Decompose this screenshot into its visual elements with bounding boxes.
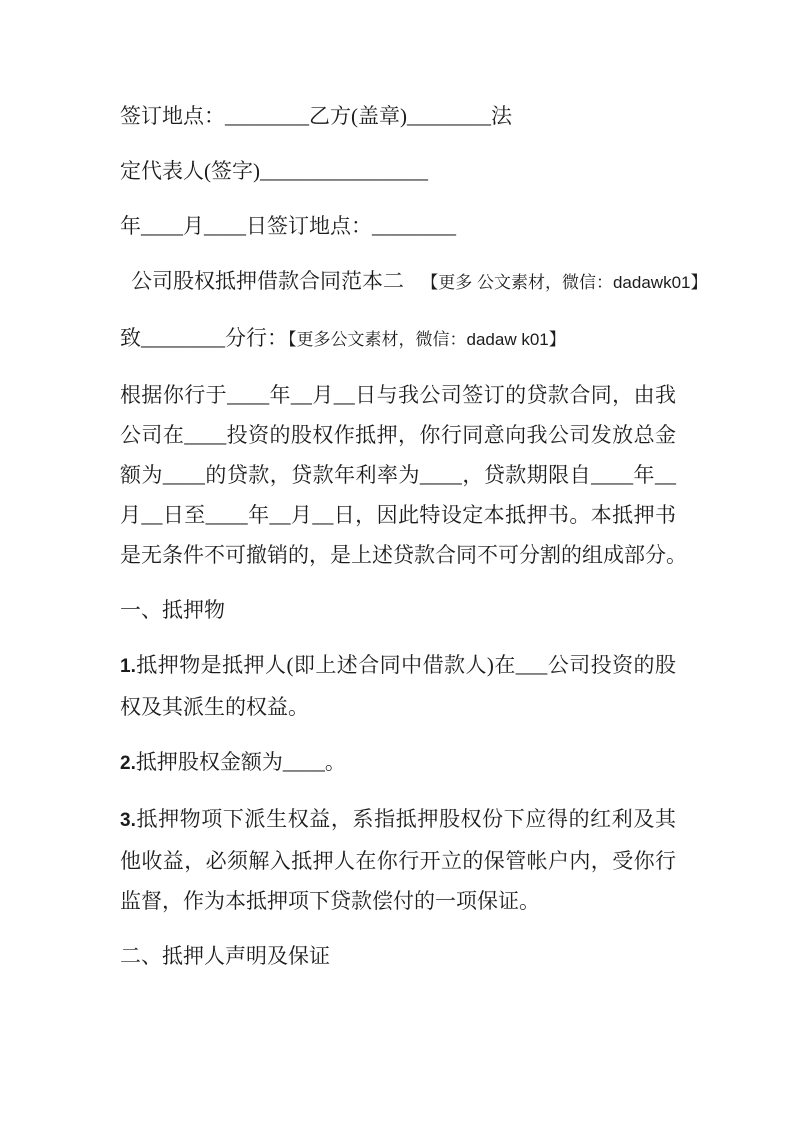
intro-line-5: 是无条件不可撤销的，是上述贷款合同不可分割的组成部分。 [120,535,676,575]
line-legal-representative-signature: 定代表人(签字)________________ [120,151,676,191]
item-1-paragraph: 1.抵押物是抵押人(即上述合同中借款人)在___公司投资的股 权及其派生的权益。 [120,645,676,727]
intro-paragraph: 根据你行于____年__月__日与我公司签订的贷款合同，由我 公司在____投资… [120,375,676,575]
to-branch-text: 致________分行： [120,326,288,350]
document-page: 签订地点：________乙方(盖章)________法 定代表人(签字)___… [0,0,793,1122]
item-3-paragraph: 3.抵押物项下派生权益，系指抵押股权份下应得的红利及其 他收益，必须解入抵押人在… [120,799,676,921]
intro-line-3: 额为____的贷款，贷款年利率为____，贷款期限自____年__ [120,455,676,495]
item-2-text: 抵押股权金额为____。 [136,750,346,774]
item-1-line-1: 1.抵押物是抵押人(即上述合同中借款人)在___公司投资的股 [120,645,676,687]
intro-line-2: 公司在____投资的股权作抵押，你行同意向我公司发放总金 [120,415,676,455]
branch-watermark-annotation: 【更多公文素材，微信：dadaw k01】 [288,330,566,349]
item-3-number: 3. [120,810,136,831]
item-1-first-line-text: 抵押物是抵押人(即上述合同中借款人)在___公司投资的股 [136,653,676,677]
intro-line-1: 根据你行于____年__月__日与我公司签订的贷款合同，由我 [120,375,676,415]
contract-title: 公司股权抵押借款合同范本二 [131,269,404,293]
item-3-line-3: 监督，作为本抵押项下贷款偿付的一项保证。 [120,881,676,921]
line-sign-place-party-b: 签订地点：________乙方(盖章)________法 [120,96,676,136]
intro-line-4: 月__日至____年__月__日，因此特设定本抵押书。本抵押书 [120,495,676,535]
item-1-line-2: 权及其派生的权益。 [120,687,676,727]
item-1-number: 1. [120,656,136,677]
item-3-first-line-text: 抵押物项下派生权益，系指抵押股权份下应得的红利及其 [136,807,676,831]
line-to-branch: 致________分行：【更多公文素材，微信：dadaw k01】 [120,318,676,360]
document-content: 签订地点：________乙方(盖章)________法 定代表人(签字)___… [120,96,676,991]
item-3-line-2: 他收益，必须解入抵押人在你行开立的保管帐户内，受你行 [120,841,676,881]
item-3-line-1: 3.抵押物项下派生权益，系指抵押股权份下应得的红利及其 [120,799,676,841]
item-2-number: 2. [120,753,136,774]
title-watermark-annotation: 【更多 公文素材，微信：dadawk01】 [421,273,707,292]
contract-title-line: 公司股权抵押借款合同范本二 【更多 公文素材，微信：dadawk01】 [120,261,676,303]
section-1-heading: 一、抵押物 [120,590,676,630]
item-2-line: 2.抵押股权金额为____。 [120,742,676,784]
line-date-and-sign-place: 年____月____日签订地点：________ [120,206,676,246]
section-2-heading: 二、抵押人声明及保证 [120,936,676,976]
